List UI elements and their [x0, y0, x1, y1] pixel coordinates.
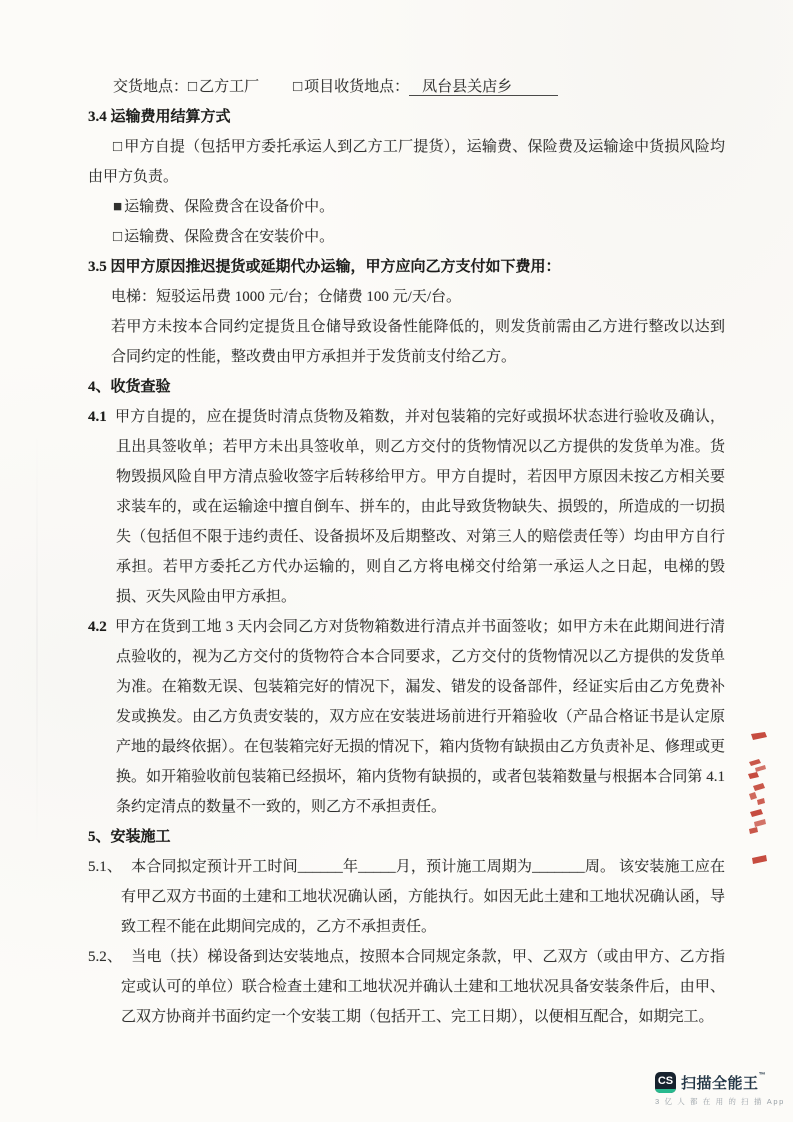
clause-number: 5.2、 — [88, 949, 122, 965]
camscanner-logo-icon: CS — [655, 1072, 676, 1093]
heading-4: 4、收货查验 — [88, 372, 725, 402]
clause-4-1: 4.1甲方自提的，应在提货时清点货物及箱数，并对包装箱的完好或损坏状态进行验收及… — [88, 402, 725, 612]
clause-3-5-fees: 电梯：短驳运吊费 1000 元/台；仓储费 100 元/天/台。 — [111, 282, 725, 312]
delivery-location-line: 交货地点：□乙方工厂□项目收货地点：凤台县关店乡 — [88, 72, 725, 102]
delivery-label: 交货地点： — [113, 79, 188, 95]
option-freight-in-install-price: □运输费、保险费含在安装价中。 — [113, 222, 725, 252]
clause-text: 甲方在货到工地 3 天内会同乙方对货物箱数进行清点并书面签收；如甲方未在此期间进… — [115, 619, 725, 815]
clause-3-4-self-pickup: □甲方自提（包括甲方委托承运人到乙方工厂提货），运输费、保险费及运输途中货损风险… — [88, 132, 725, 192]
option-text: 运输费、保险费含在安装价中。 — [124, 229, 334, 245]
clause-text: 当电（扶）梯设备到达安装地点，按照本合同规定条款，甲、乙双方（或由甲方、乙方指定… — [121, 949, 725, 1025]
clause-4-2: 4.2甲方在货到工地 3 天内会同乙方对货物箱数进行清点并书面签收；如甲方未在此… — [88, 612, 725, 822]
contract-body: 交货地点：□乙方工厂□项目收货地点：凤台县关店乡 3.4 运输费用结算方式 □甲… — [88, 72, 725, 1032]
clause-3-4-text: 甲方自提（包括甲方委托承运人到乙方工厂提货），运输费、保险费及运输途中货损风险均… — [88, 139, 725, 185]
delivery-option-factory: 乙方工厂 — [199, 79, 259, 95]
camscanner-tagline: 3 亿 人 都 在 用 的 扫 描 App — [655, 1096, 783, 1107]
clause-number: 4.1 — [88, 409, 107, 425]
clause-5-2: 5.2、当电（扶）梯设备到达安装地点，按照本合同规定条款，甲、乙双方（或由甲方、… — [88, 942, 725, 1032]
option-freight-in-equipment-price: ■运输费、保险费含在设备价中。 — [113, 192, 725, 222]
option-text: 运输费、保险费含在设备价中。 — [124, 199, 334, 215]
red-ink-stamp-fragment — [745, 732, 771, 866]
delivery-location-value: 凤台县关店乡 — [409, 79, 558, 96]
cs-logo-text: CS — [655, 1073, 676, 1090]
clause-number: 4.2 — [88, 619, 107, 635]
checkbox-empty-icon[interactable]: □ — [188, 79, 199, 95]
project-delivery-label: 项目收货地点： — [304, 79, 409, 95]
clause-text: 本合同拟定预计开工时间______年_____月，预计施工周期为_______周… — [121, 859, 725, 935]
heading-3-5: 3.5 因甲方原因推迟提货或延期代办运输，甲方应向乙方支付如下费用： — [88, 252, 725, 282]
checkbox-empty-icon[interactable]: □ — [113, 139, 124, 155]
scanned-contract-page: 交货地点：□乙方工厂□项目收货地点：凤台县关店乡 3.4 运输费用结算方式 □甲… — [0, 0, 793, 1122]
trademark-symbol: ™ — [759, 1072, 767, 1079]
paper-crease — [36, 430, 38, 850]
clause-5-1: 5.1、本合同拟定预计开工时间______年_____月，预计施工周期为____… — [88, 852, 725, 942]
checkbox-filled-icon[interactable]: ■ — [113, 199, 124, 215]
checkbox-empty-icon[interactable]: □ — [293, 79, 304, 95]
heading-5: 5、安装施工 — [88, 822, 725, 852]
clause-text: 甲方自提的，应在提货时清点货物及箱数，并对包装箱的完好或损坏状态进行验收及确认，… — [115, 409, 725, 605]
camscanner-watermark: CS 扫描全能王™ 3 亿 人 都 在 用 的 扫 描 App — [655, 1072, 783, 1114]
clause-3-5-note: 若甲方未按本合同约定提货且仓储导致设备性能降低的，则发货前需由乙方进行整改以达到… — [111, 312, 725, 372]
checkbox-empty-icon[interactable]: □ — [113, 229, 124, 245]
camscanner-brand-name: 扫描全能王™ — [681, 1072, 766, 1093]
clause-number: 5.1、 — [88, 859, 122, 875]
heading-3-4: 3.4 运输费用结算方式 — [88, 102, 725, 132]
brand-text: 扫描全能王 — [681, 1075, 759, 1092]
cs-logo-green-bar — [655, 1089, 676, 1094]
